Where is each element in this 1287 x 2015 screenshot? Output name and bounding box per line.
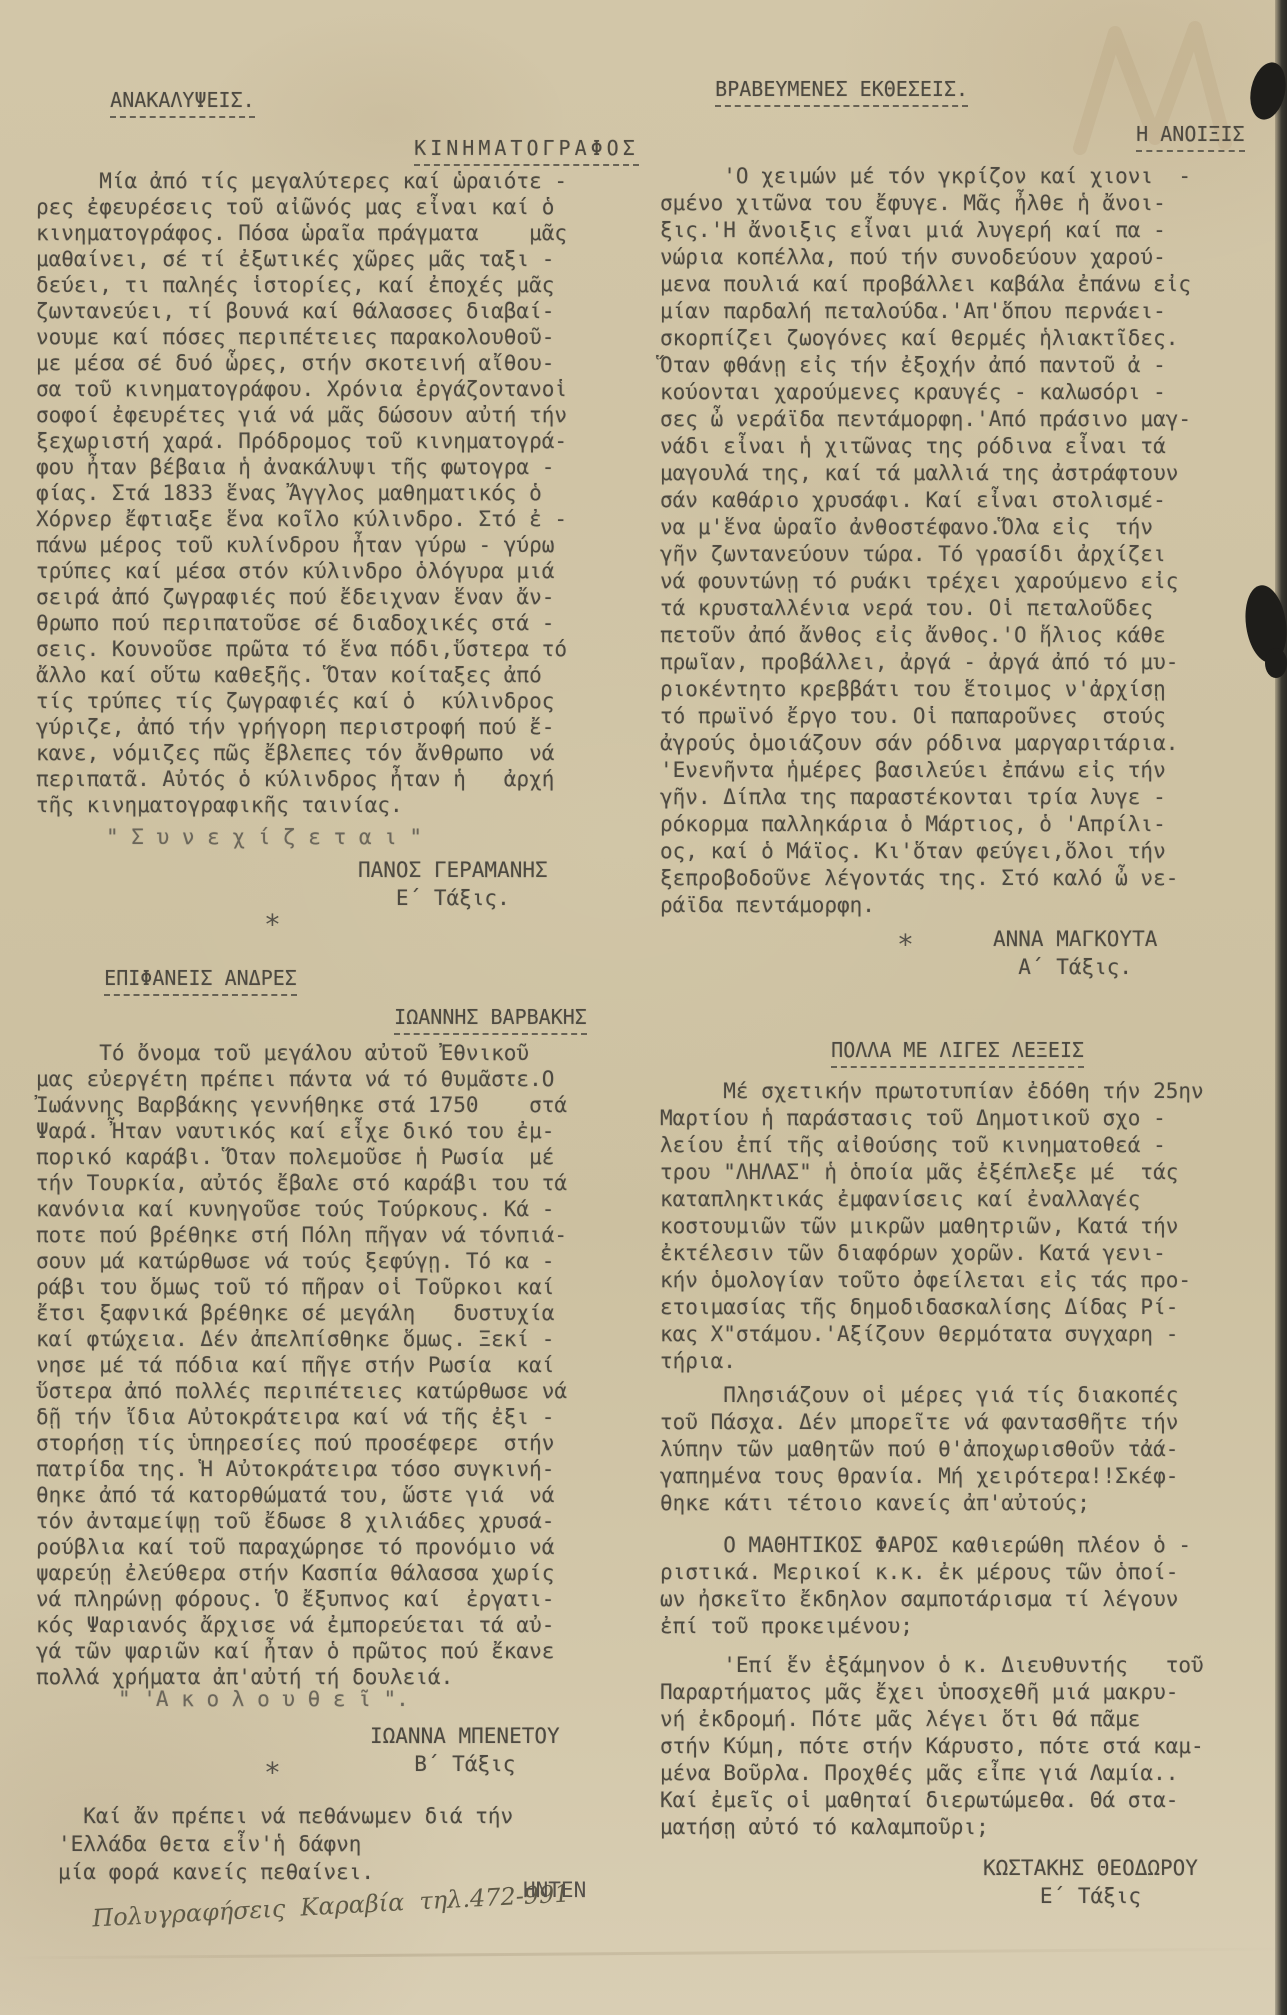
section-header-vravevmenes: ΒΡΑΒΕΥΜΕΝΕΣ ΕΚΘΕΣΕΙΣ. bbox=[667, 53, 968, 125]
paper-crease bbox=[0, 1948, 1287, 1960]
section-header-epifaneis-andres: ΕΠΙΦΑΝΕΙΣ ΑΝΔΡΕΣ bbox=[56, 942, 297, 1014]
asterisk-separator-2: * bbox=[264, 1756, 281, 1789]
article-body-kinimatografos: Μία ἀπό τίς μεγαλύτερες καί ὡραιότε - ρε… bbox=[36, 168, 567, 818]
handwritten-print-shop-note: Πολυγραφήσεις Καραβία τηλ.472-991 bbox=[92, 1880, 571, 1933]
signature-ioanna-mpenetou: ΙΩΑΝΝΑ ΜΠΕΝΕΤΟΥΒ΄ Τάξις bbox=[370, 1722, 560, 1778]
stamp-text: ΗΝΤΕΝ bbox=[523, 1878, 586, 1902]
polla-paragraph-2: Πλησιάζουν οἱ μέρες γιά τίς διακοπές τοῦ… bbox=[660, 1382, 1178, 1517]
to-be-continued-note: " Σ υ ν ε χ ί ζ ε τ α ι " bbox=[106, 824, 422, 850]
scan-edge-blob-small bbox=[1265, 648, 1287, 678]
asterisk-separator-1: * bbox=[264, 908, 281, 941]
polla-paragraph-4: 'Επί ἕν ἑξάμηνον ὁ κ. Διευθυντής τοῦ Παρ… bbox=[660, 1652, 1204, 1841]
article-body-anoixis: 'Ο χειμών μέ τόν γκρίζον καί χιονι - σμέ… bbox=[660, 163, 1191, 919]
signature-anna-magkouta: ΑΝΝΑ ΜΑΓΚΟΥΤΑΑ΄ Τάξις. bbox=[993, 925, 1157, 981]
epigram-verse: Καί ἄν πρέπει νά πεθάνωμεν διά τήν 'Ελλά… bbox=[58, 1802, 513, 1886]
article-title-polla-me-liges-lexeis: ΠΟΛΛΑ ΜΕ ΛΙΓΕΣ ΛΕΞΕΙΣ bbox=[783, 1014, 1084, 1086]
section-header-anakalypseis: ΑΝΑΚΑΛΥΨΕΙΣ. bbox=[62, 64, 255, 136]
scanned-newspaper-page: ΑΝΑΚΑΛΥΨΕΙΣ. ΚΙΝΗΜΑΤΟΓΡΑΦΟΣ Μία ἀπό τίς … bbox=[0, 0, 1287, 2015]
article-body-varvakis: Τό ὄνομα τοῦ μεγάλου αὐτοῦ Ἐθνικοῦ μας ε… bbox=[36, 1040, 567, 1690]
scan-edge-strip bbox=[1275, 0, 1287, 2015]
signature-panos-geramanis: ΠΑΝΟΣ ΓΕΡΑΜΑΝΗΣΕ΄ Τάξις. bbox=[358, 856, 548, 912]
signature-kostakis-theodorou: ΚΩΣΤΑΚΗΣ ΘΕΟΔΩΡΟΥΕ΄ Τάξις bbox=[983, 1854, 1198, 1910]
section-header-anakalypseis-text: ΑΝΑΚΑΛΥΨΕΙΣ. bbox=[110, 88, 255, 118]
polla-paragraph-1: Μέ σχετικήν πρωτοτυπίαν ἐδόθη τήν 25ην Μ… bbox=[660, 1078, 1204, 1375]
follows-note: " 'Α κ ο λ ο υ θ ε ῖ ". bbox=[118, 1686, 409, 1712]
asterisk-separator-right: * bbox=[897, 928, 914, 961]
polla-paragraph-3: Ο ΜΑΘΗΤΙΚΟΣ ΦΑΡΟΣ καθιερώθη πλέον ὁ - ρι… bbox=[660, 1532, 1191, 1640]
article-title-anoixis: Η ΑΝΟΙΞΙΣ bbox=[1088, 98, 1245, 170]
